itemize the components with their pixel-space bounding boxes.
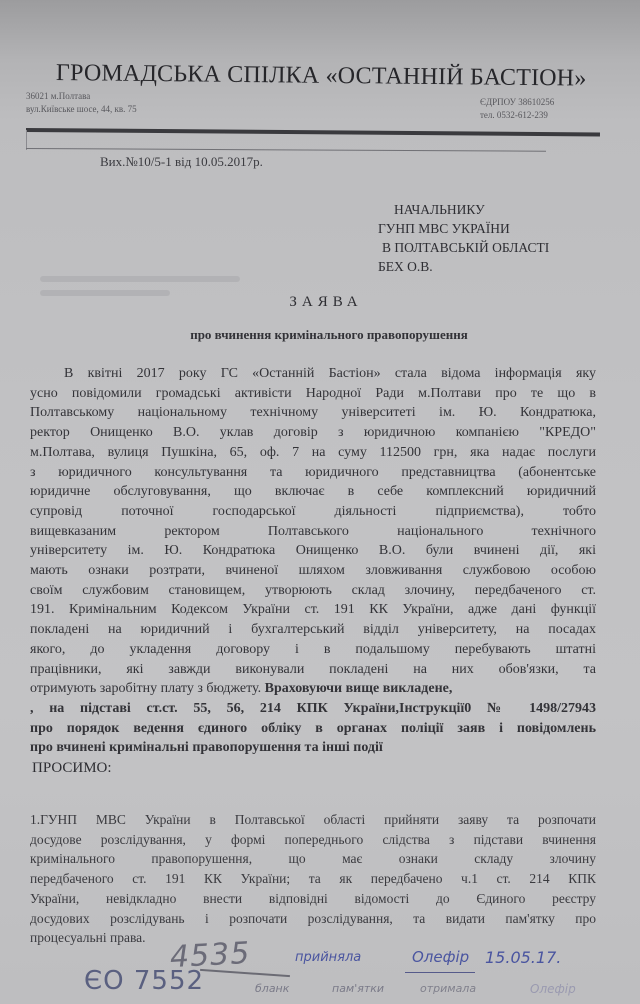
handwritten-receiver-name: Олефір	[412, 948, 469, 966]
body-line-conclusion: отримують заробітну плату з бюджету. Вра…	[30, 679, 596, 699]
request-line: досудових розслідувань і розпочати розсл…	[30, 909, 596, 929]
handwritten-note-signature: Олефір	[530, 982, 576, 996]
request-body: 1.ГУНП МВС України в Полтавської області…	[30, 810, 596, 948]
edrpou-code: ЄДРПОУ 38610256	[480, 96, 554, 109]
addressee-region: В ПОЛТАВСЬКІЙ ОБЛАСТІ	[378, 238, 549, 257]
body-line: супровід поточної господарської діяльнос…	[30, 502, 596, 522]
body-line: усно повідомили громадські активісти Нар…	[30, 384, 596, 404]
body-line: якого, до укладення договору і в подальш…	[30, 640, 596, 660]
body-line: м.Полтава, вулиця Пушкіна, 65, оф. 7 на …	[30, 443, 596, 463]
body-line-bold: Враховуючи вище викладене,	[265, 681, 453, 696]
letterhead-divider-side	[26, 130, 27, 150]
addressee-position: НАЧАЛЬНИКУ	[378, 200, 549, 219]
document-title: ЗАЯВА	[0, 294, 640, 311]
addressee-agency: ГУНП МВС УКРАЇНИ	[378, 219, 549, 238]
request-heading: ПРОСИМО:	[32, 760, 112, 777]
body-line-regular: отримують заробітну плату з бюджету.	[30, 681, 265, 696]
document-subtitle: про вчинення кримінального правопорушенн…	[0, 327, 640, 343]
body-line: юридичне обслуговування, що включає в се…	[30, 482, 596, 502]
phone-number: тел. 0532-612-239	[480, 109, 554, 122]
body-line: мають ознаки розтрати, вчиненої шляхом з…	[30, 561, 596, 581]
request-line: України, невідкладно внести відповідні в…	[30, 889, 596, 909]
body-line: В квітні 2017 року ГС «Останній Бастіон»…	[30, 364, 596, 384]
request-line: 1.ГУНП МВС України в Полтавської області…	[30, 810, 596, 830]
letterhead-divider-thin	[26, 148, 546, 152]
legal-basis-line: про порядок ведення єдиного обліку в орг…	[30, 719, 596, 739]
body-line: своїм службовим становищем, утворюють ск…	[30, 581, 596, 601]
body-line: покладені на юридичний і бухгалтерський …	[30, 620, 596, 640]
legal-basis-line: , на підставі ст.ст. 55, 56, 214 КПК Укр…	[30, 699, 596, 719]
organization-address: 36021 м.Полтава вул.Київське шосе, 44, к…	[26, 90, 137, 116]
request-line: передбаченого ст. 191 КК України; та як …	[30, 869, 596, 889]
letterhead-divider-thick	[26, 128, 600, 137]
organization-codes: ЄДРПОУ 38610256 тел. 0532-612-239	[480, 96, 554, 122]
request-line: досудове розслідування, у формі попередн…	[30, 830, 596, 850]
handwritten-name-underline	[405, 972, 475, 973]
statement-body: В квітні 2017 року ГС «Останній Бастіон»…	[30, 364, 596, 758]
handwritten-journal-number: ЄО 7552	[84, 966, 204, 996]
request-line: процесуальні права.	[30, 928, 596, 948]
addressee-name: БЕХ О.В.	[378, 257, 549, 276]
handwritten-note-word: отримала	[420, 982, 476, 995]
handwritten-note-word: пам'ятки	[332, 982, 384, 995]
handwritten-accepted-label: прийняла	[295, 950, 361, 965]
legal-basis-line: про вчинені кримінальні правопорушення т…	[30, 738, 596, 758]
scanned-document-page: ГРОМАДСЬКА СПІЛКА «ОСТАННІЙ БАСТІОН» 360…	[0, 0, 640, 1004]
body-line: 191. Кримінальним Кодексом України ст. 1…	[30, 600, 596, 620]
addressee-block: НАЧАЛЬНИКУ ГУНП МВС УКРАЇНИ В ПОЛТАВСЬКІ…	[378, 200, 549, 276]
address-line-2: вул.Київське шосе, 44, кв. 75	[26, 103, 137, 116]
organization-title: ГРОМАДСЬКА СПІЛКА «ОСТАННІЙ БАСТІОН»	[56, 60, 596, 93]
handwritten-note-word: бланк	[255, 982, 289, 995]
request-line: кримінального правопорушення, що має озн…	[30, 849, 596, 869]
body-line: вищевказаним ректором Полтавського націо…	[30, 522, 596, 542]
body-line: Полтавському національному технічному ун…	[30, 403, 596, 423]
handwritten-date: 15.05.17.	[485, 948, 561, 967]
outgoing-reference: Вих.№10/5-1 від 10.05.2017р.	[100, 154, 263, 170]
body-line: університету ім. Ю. Кондратюка Онищенко …	[30, 541, 596, 561]
body-line: з юридичного консультування та юридичног…	[30, 463, 596, 483]
body-line: ректор Онищенко В.О. уклав договір з юри…	[30, 423, 596, 443]
body-line: працівники, які завжди виконували поклад…	[30, 660, 596, 680]
address-line-1: 36021 м.Полтава	[26, 90, 137, 103]
